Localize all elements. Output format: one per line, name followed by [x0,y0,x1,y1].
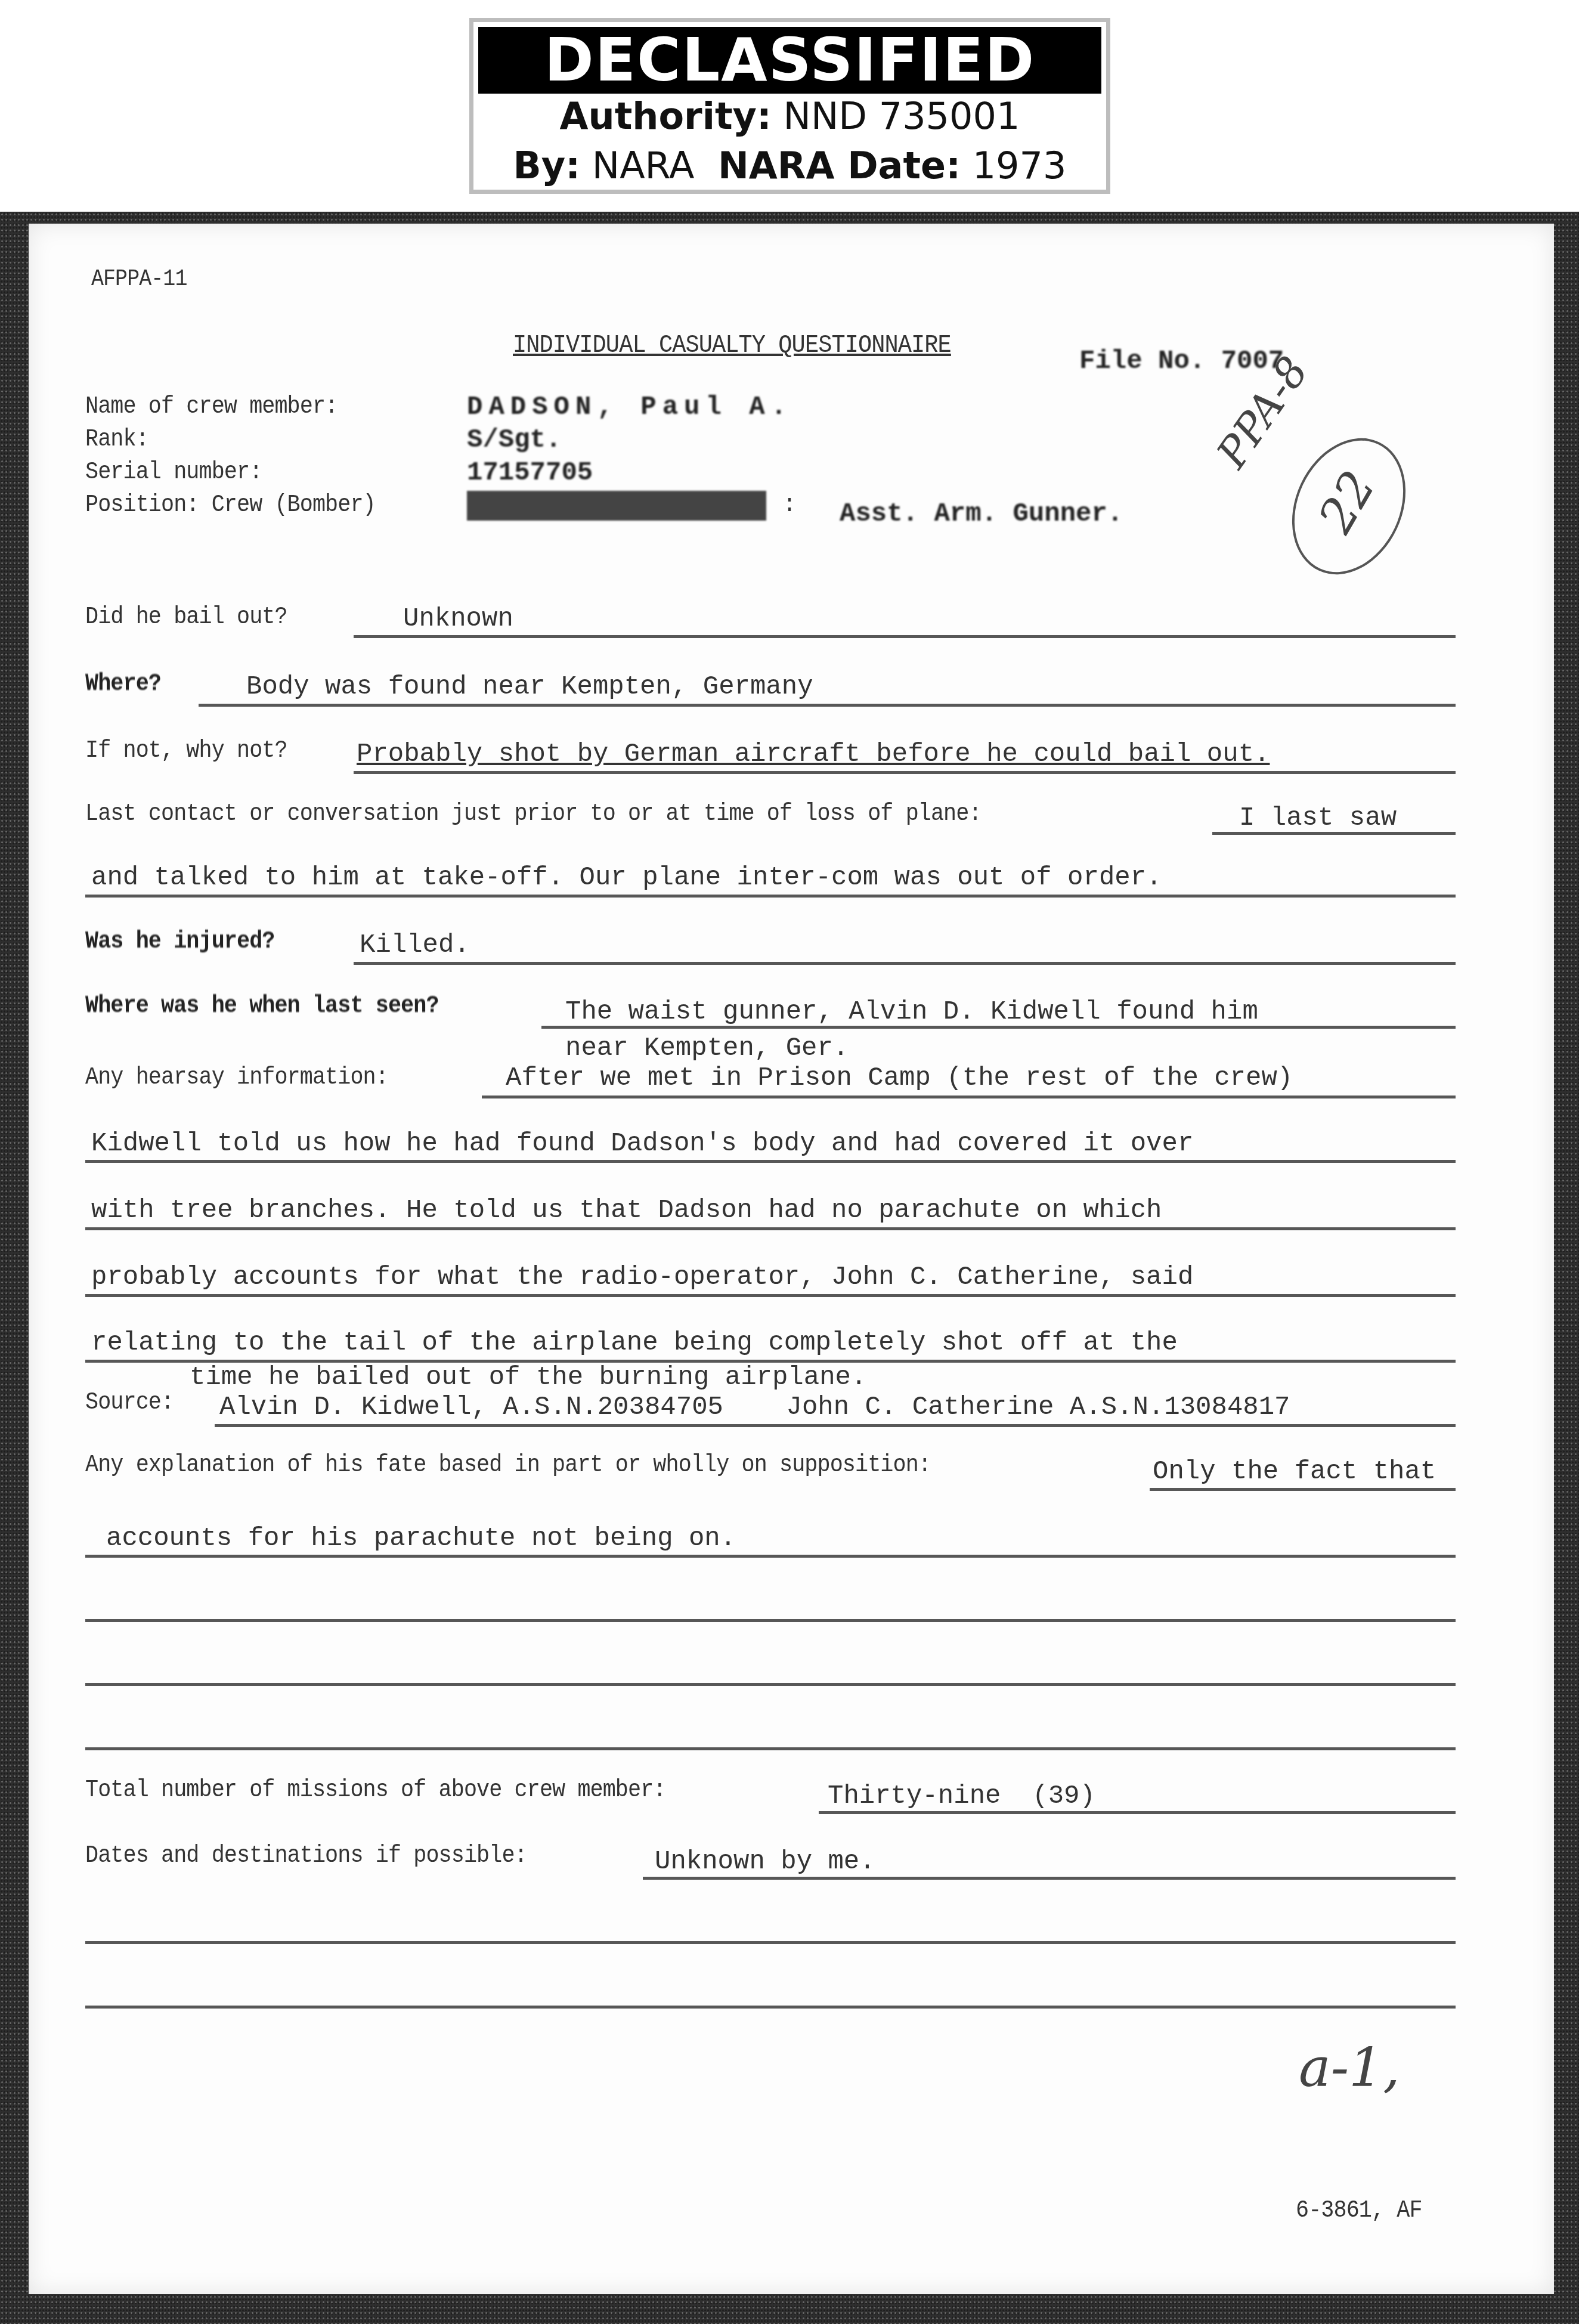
authority-label: Authority: [560,94,772,138]
hearsay-answer-1: After we met in Prison Camp (the rest of… [506,1063,1293,1093]
position-value: Asst. Arm. Gunner. [840,499,1123,529]
handwritten-page-mark: a-1, [1299,2037,1400,2099]
why-not-answer: Probably shot by German aircraft before … [357,739,1270,769]
last-seen-answer-2: near Kempten, Ger. [565,1033,849,1063]
dates-label: Dates and destinations if possible: [85,1843,527,1870]
blank-rule [85,1941,1456,1944]
authority-value: NND 735001 [784,94,1020,138]
hearsay-answer-3: with tree branches. He told us that Dads… [91,1196,1162,1226]
answer-rule [1212,832,1456,835]
missions-answer: Thirty-nine (39) [828,1781,1095,1811]
answer-rule [85,1160,1456,1163]
document-title: INDIVIDUAL CASUALTY QUESTIONNAIRE [513,331,951,360]
answer-rule [354,635,1456,638]
last-seen-answer-1: The waist gunner, Alvin D. Kidwell found… [565,997,1258,1027]
scanned-document-border: AFPPA-11 INDIVIDUAL CASUALTY QUESTIONNAI… [0,212,1579,2324]
stamp-by-date: By: NARA NARA Date: 1973 [473,144,1106,187]
answer-rule [199,704,1456,707]
missions-label: Total number of missions of above crew m… [85,1777,666,1804]
explanation-answer-1: Only the fact that [1153,1457,1436,1487]
answer-rule [354,962,1456,965]
blank-rule [85,1747,1456,1750]
blank-rule [85,1619,1456,1622]
answer-rule [541,1026,1456,1029]
injured-answer: Killed. [360,930,470,960]
hearsay-answer-5: relating to the tail of the airplane bei… [91,1328,1178,1358]
last-contact-answer-2: and talked to him at take-off. Our plane… [91,863,1162,893]
position-colon: : [783,492,795,519]
name-value: DADSON, Paul A. [467,392,792,422]
date-value: 1973 [973,144,1067,187]
last-contact-label: Last contact or conversation just prior … [85,801,982,828]
answer-rule [85,895,1456,898]
hearsay-answer-2: Kidwell told us how he had found Dadson'… [91,1129,1193,1159]
answer-rule [643,1877,1456,1880]
why-not-label: If not, why not? [85,738,287,765]
position-redacted: (Fighter)(Division) [467,491,766,521]
serial-label: Serial number: [85,459,262,486]
file-number: File No. 7007 [1079,346,1284,376]
hearsay-answer-6: time he bailed out of the burning airpla… [190,1363,866,1392]
last-contact-answer-1: I last saw [1239,803,1397,833]
injured-label: Was he injured? [85,929,274,955]
explanation-label: Any explanation of his fate based in par… [85,1452,931,1479]
where-answer: Body was found near Kempten, Germany [246,672,813,702]
answer-rule [85,1294,1456,1297]
stamp-title: DECLASSIFIED [478,27,1101,94]
hearsay-answer-4: probably accounts for what the radio-ope… [91,1262,1193,1292]
hearsay-label: Any hearsay information: [85,1064,388,1091]
answer-rule [1150,1488,1456,1491]
answer-rule [482,1096,1456,1098]
name-label: Name of crew member: [85,394,338,420]
form-code: AFPPA-11 [91,267,187,292]
form-footer-code: 6-3861, AF [1296,2198,1422,2224]
dates-answer: Unknown by me. [655,1847,875,1877]
where-label: Where? [85,671,161,698]
by-value: NARA [592,144,695,187]
rank-label: Rank: [85,426,148,453]
answer-rule [85,1555,1456,1558]
date-label: NARA Date: [718,144,961,187]
answer-rule [819,1811,1456,1814]
serial-value: 17157705 [467,458,593,488]
answer-rule [354,771,1456,774]
position-label: Position: Crew (Bomber) [85,492,376,519]
blank-rule [85,2006,1456,2009]
stamp-authority: Authority: NND 735001 [473,95,1106,138]
by-label: By: [513,144,580,187]
rank-value: S/Sgt. [467,425,561,455]
explanation-answer-2: accounts for his parachute not being on. [106,1524,736,1554]
blank-rule [85,1683,1456,1686]
source-label: Source: [85,1390,174,1416]
answer-rule [85,1227,1456,1230]
last-seen-label: Where was he when last seen? [85,993,439,1020]
bail-out-label: Did he bail out? [85,604,287,631]
declassified-stamp: DECLASSIFIED Authority: NND 735001 By: N… [469,18,1110,194]
answer-rule [215,1424,1456,1427]
bail-out-answer: Unknown [403,604,513,634]
document-page: AFPPA-11 INDIVIDUAL CASUALTY QUESTIONNAI… [29,224,1554,2294]
source-answer: Alvin D. Kidwell, A.S.N.20384705 John C.… [219,1392,1290,1422]
